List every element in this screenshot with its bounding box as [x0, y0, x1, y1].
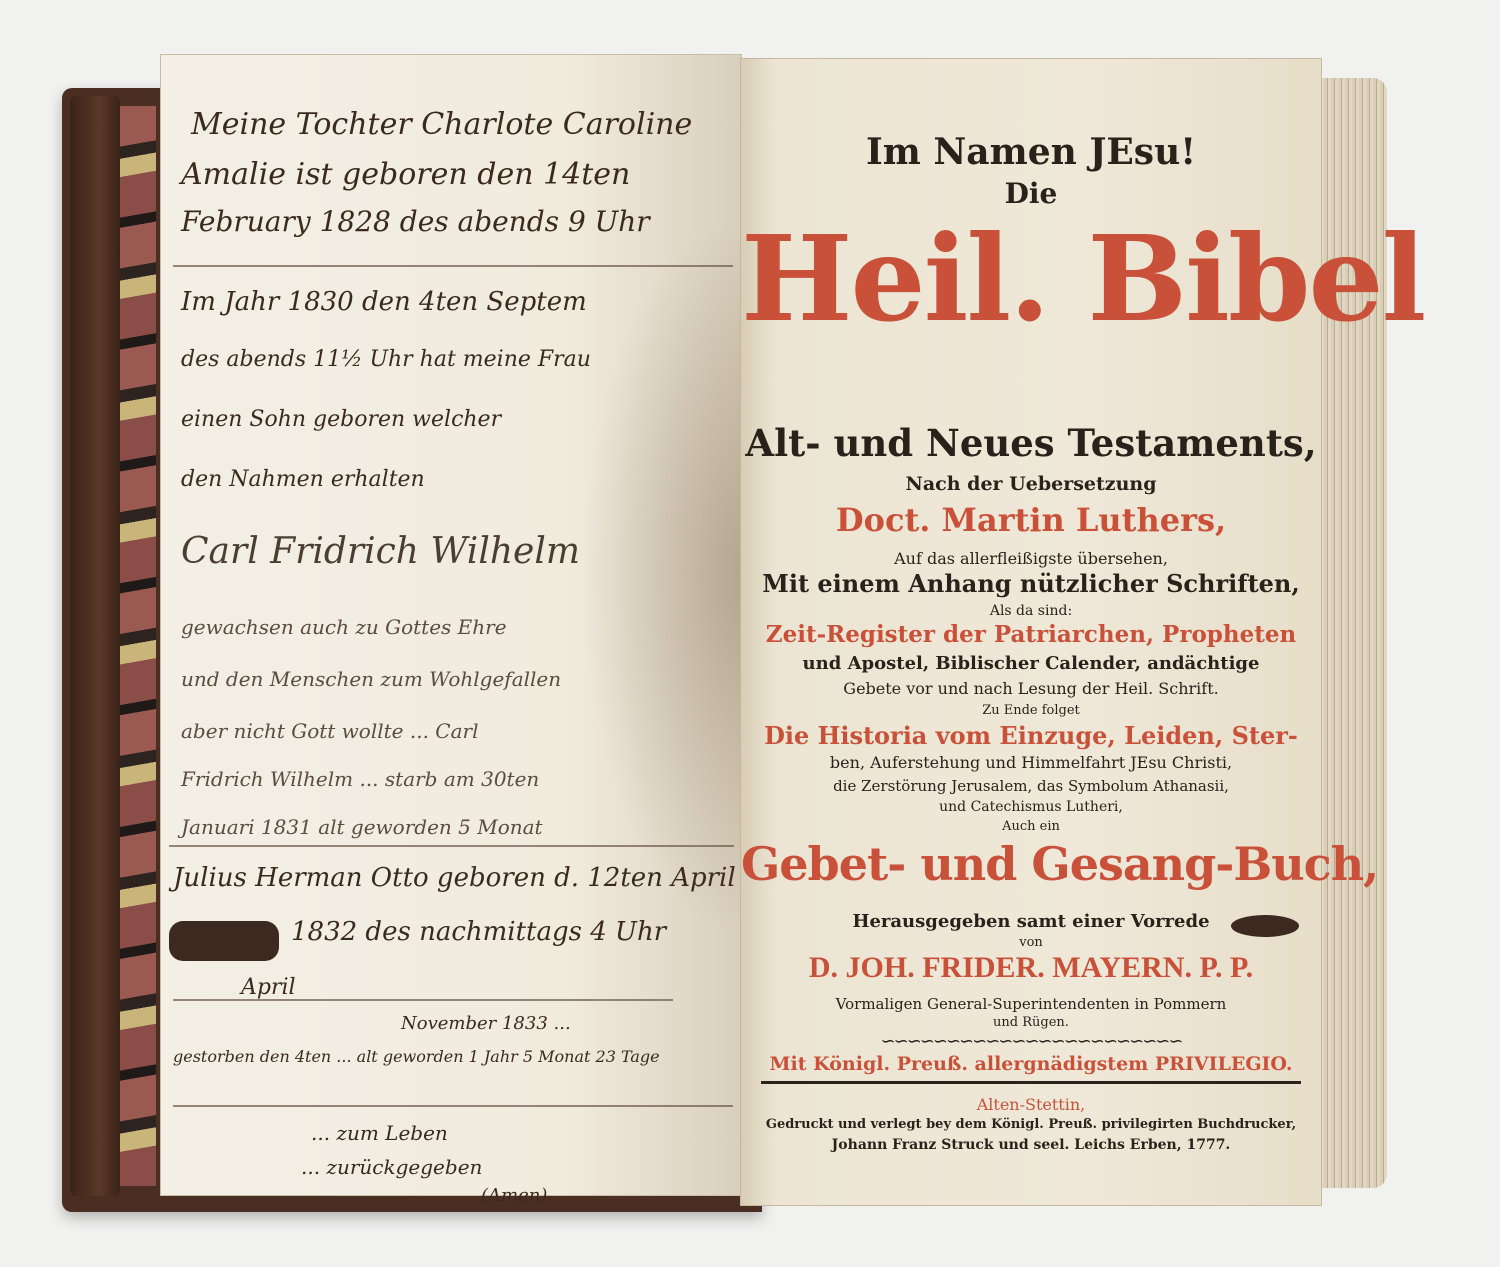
line-und-apostel: und Apostel, Biblischer Calender, andäch…	[741, 653, 1321, 674]
line-zu-ende-folget: Zu Ende folget	[741, 703, 1321, 718]
divider-line	[173, 999, 673, 1001]
entry-3-name: Carl Fridrich Wilhelm	[181, 531, 580, 572]
cover-spine-edge	[70, 96, 120, 1196]
entry-3-line-4: aber nicht Gott wollte ... Carl	[181, 719, 478, 743]
entry-1-line-1: Meine Tochter Charlote Caroline	[191, 107, 692, 142]
subtitle-testaments: Alt- und Neues Testaments,	[741, 421, 1321, 465]
entry-2-line-1: Im Jahr 1830 den 4ten Septem	[181, 287, 587, 317]
entry-4-line-4: November 1833 ...	[401, 1013, 571, 1034]
entry-5-amen: (Amen)	[481, 1185, 547, 1206]
entry-4-line-1: Julius Herman Otto geboren d. 12ten Apri…	[173, 863, 736, 893]
line-gebete: Gebete vor und nach Lesung der Heil. Sch…	[741, 679, 1321, 698]
marbled-endpaper	[120, 106, 156, 1186]
entry-3-line-3: und den Menschen zum Wohlgefallen	[181, 667, 561, 691]
horizontal-rule	[761, 1081, 1301, 1084]
entry-3-line-2: gewachsen auch zu Gottes Ehre	[181, 615, 507, 639]
entry-2-line-3: einen Sohn geboren welcher	[181, 407, 501, 432]
entry-4-line-3: April	[241, 975, 296, 1000]
ink-blot	[169, 921, 279, 961]
divider-line	[169, 845, 734, 847]
line-alten-stettin: Alten-Stettin,	[741, 1095, 1321, 1114]
title-line-im-namen-jesu: Im Namen JEsu!	[741, 131, 1321, 173]
handwritten-register-page: Meine Tochter Charlote Caroline Amalie i…	[160, 54, 742, 1196]
line-vormaligen: Vormaligen General-Superintendenten in P…	[741, 995, 1321, 1013]
line-martin-luthers: Doct. Martin Luthers,	[741, 501, 1321, 539]
line-auch-ein: Auch ein	[741, 819, 1321, 834]
line-author-mayern: D. JOH. FRIDER. MAYERN. P. P.	[741, 951, 1321, 985]
entry-2-line-2: des abends 11½ Uhr hat meine Frau	[181, 347, 591, 372]
divider-line	[173, 265, 733, 267]
line-zeit-register: Zeit-Register der Patriarchen, Propheten	[741, 621, 1321, 648]
entry-5-line-2: ... zurückgegeben	[301, 1155, 482, 1179]
entry-1-line-2: Amalie ist geboren den 14ten	[181, 157, 630, 192]
open-book: Meine Tochter Charlote Caroline Amalie i…	[62, 48, 1387, 1218]
line-als-da-sind: Als da sind:	[741, 603, 1321, 619]
line-nach-der-uebersetzung: Nach der Uebersetzung	[741, 473, 1321, 495]
line-gedruckt: Gedruckt und verlegt bey dem Königl. Pre…	[741, 1117, 1321, 1132]
line-auf-das: Auf das allerfleißigste übersehen,	[741, 549, 1321, 568]
title-line-die: Die	[741, 177, 1321, 210]
entry-3-line-6: Januari 1831 alt geworden 5 Monat	[181, 815, 543, 839]
line-und-ruegen: und Rügen.	[741, 1015, 1321, 1030]
entry-4-line-5: gestorben den 4ten ... alt geworden 1 Ja…	[173, 1047, 660, 1066]
line-von: von	[741, 935, 1321, 950]
printed-title-page: Im Namen JEsu! Die Heil. Bibel Alt- und …	[740, 58, 1322, 1206]
line-auferstehung: ben, Auferstehung und Himmelfahrt JEsu C…	[741, 753, 1321, 772]
line-mit-einem-anhang: Mit einem Anhang nützlicher Schriften,	[741, 569, 1321, 598]
decorative-border: ∽∽∽∽∽∽∽∽∽∽∽∽∽∽∽∽∽∽∽∽∽∽∽	[741, 1031, 1321, 1052]
entry-3-line-5: Fridrich Wilhelm ... starb am 30ten	[181, 767, 539, 791]
entry-2-line-4: den Nahmen erhalten	[181, 467, 425, 492]
line-zerstoerung: die Zerstörung Jerusalem, das Symbolum A…	[741, 777, 1321, 795]
ink-stain	[1231, 915, 1299, 937]
line-catechismus: und Catechismus Lutheri,	[741, 799, 1321, 815]
line-privilegio: Mit Königl. Preuß. allergnädigstem PRIVI…	[741, 1053, 1321, 1075]
main-title-heil-bibel: Heil. Bibel	[741, 209, 1321, 348]
line-historia: Die Historia vom Einzuge, Leiden, Ster-	[741, 721, 1321, 750]
entry-5-line-1: ... zum Leben	[311, 1121, 448, 1145]
entry-4-line-2: 1832 des nachmittags 4 Uhr	[291, 917, 666, 947]
divider-line	[173, 1105, 733, 1107]
line-printer-1777: Johann Franz Struck und seel. Leichs Erb…	[741, 1137, 1321, 1153]
line-gesang-buch: Gebet- und Gesang-Buch,	[741, 837, 1321, 891]
entry-1-line-3: February 1828 des abends 9 Uhr	[181, 205, 650, 238]
